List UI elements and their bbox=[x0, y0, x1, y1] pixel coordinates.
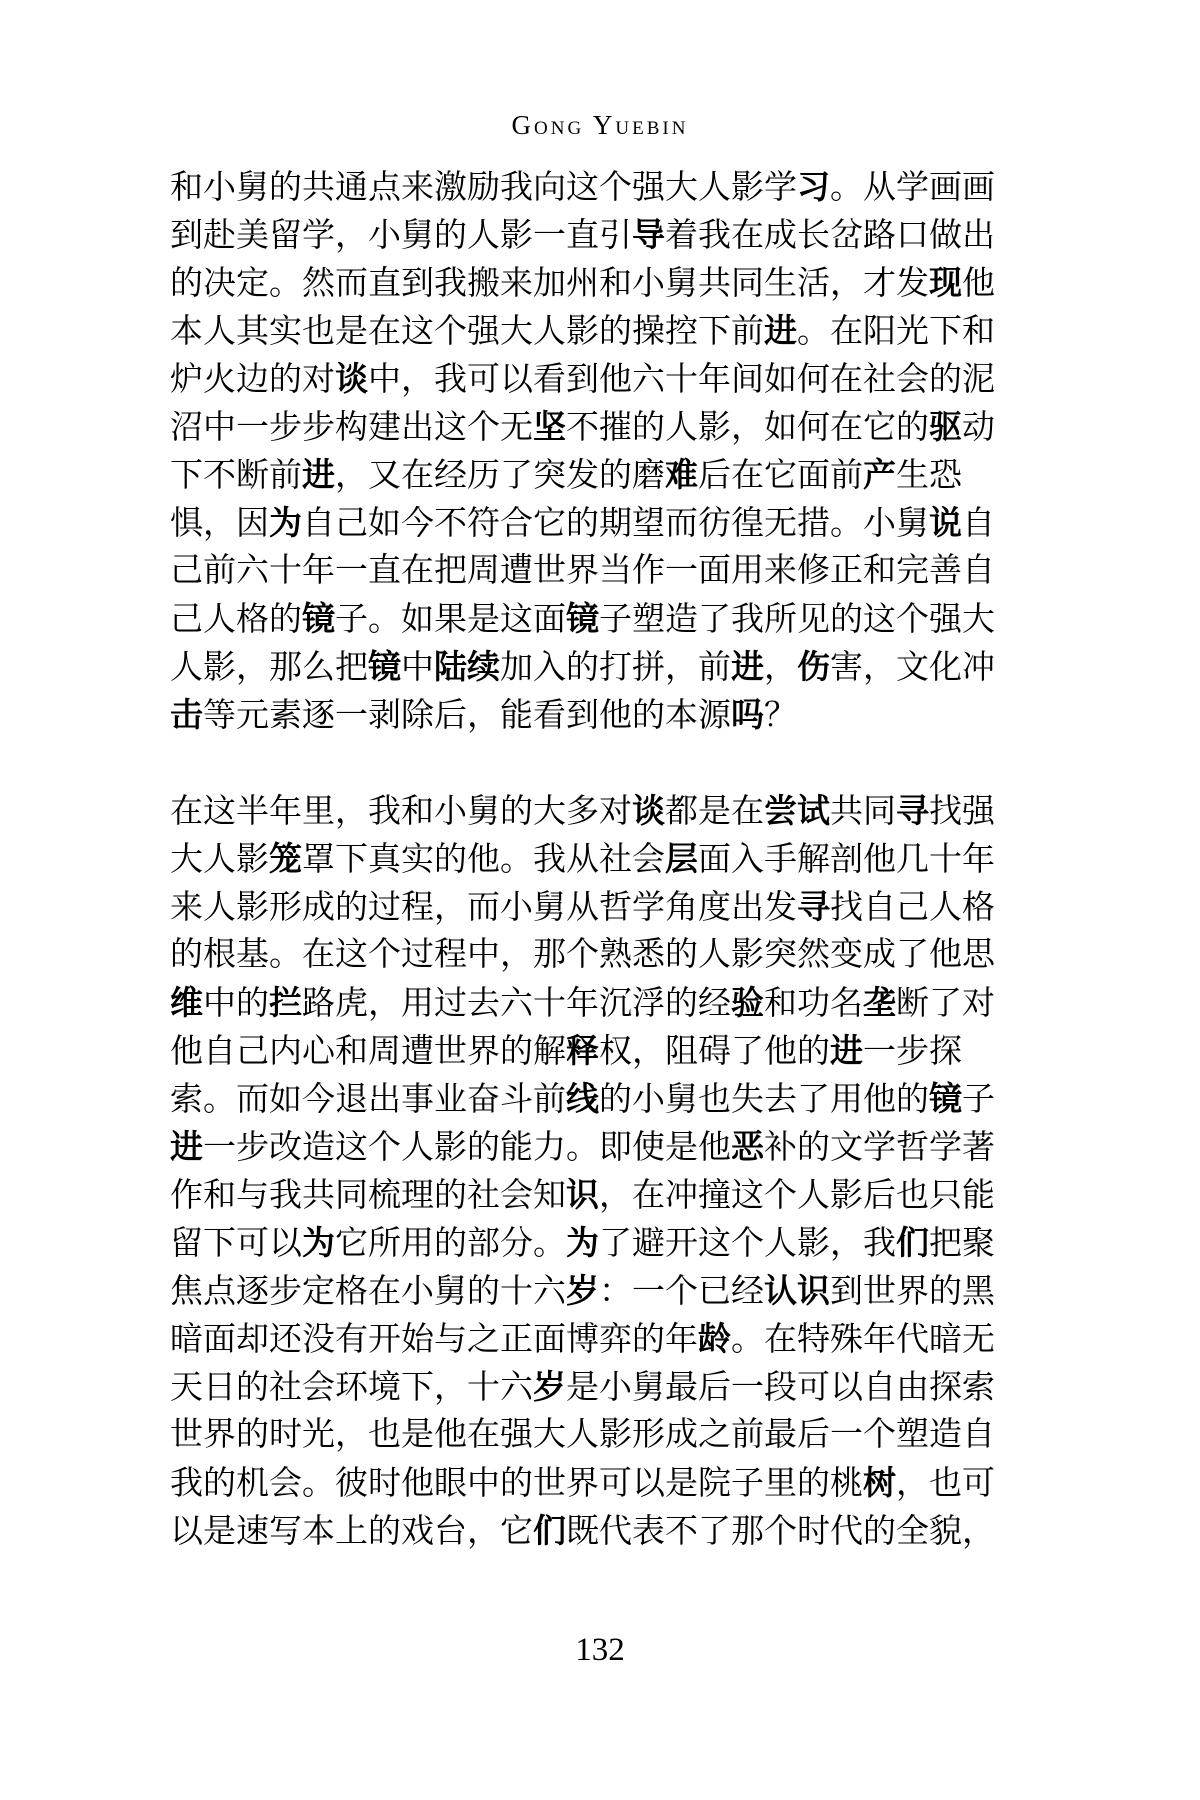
text-line: 暗面却还没有开始与之正面博弈的年龄。在特殊年代暗无 bbox=[170, 1315, 1015, 1363]
text-line: 世界的时光，也是他在强大人影形成之前最后一个塑造自 bbox=[170, 1411, 1015, 1459]
text-line: 我的机会。彼时他眼中的世界可以是院子里的桃树，也可 bbox=[170, 1459, 1015, 1507]
text-line: 留下可以为它所用的部分。为了避开这个人影，我们把聚 bbox=[170, 1219, 1015, 1267]
text-line: 来人影形成的过程，而小舅从哲学角度出发寻找自己人格 bbox=[170, 883, 1015, 931]
text-line: 维中的拦路虎，用过去六十年沉浮的经验和功名垄断了对 bbox=[170, 979, 1015, 1027]
text-line: 天日的社会环境下，十六岁是小舅最后一段可以自由探索 bbox=[170, 1363, 1015, 1411]
page-number: 132 bbox=[0, 1632, 1200, 1669]
text-line: 惧，因为自己如今不符合它的期望而彷徨无措。小舅说自 bbox=[170, 499, 1015, 547]
text-line: 炉火边的对谈中，我可以看到他六十年间如何在社会的泥 bbox=[170, 355, 1015, 403]
text-line: 在这半年里，我和小舅的大多对谈都是在尝试共同寻找强 bbox=[170, 787, 1015, 835]
text-line: 己人格的镜子。如果是这面镜子塑造了我所见的这个强大 bbox=[170, 595, 1015, 643]
text-line: 己前六十年一直在把周遭世界当作一面用来修正和完善自 bbox=[170, 547, 1015, 595]
text-line: 大人影笼罩下真实的他。我从社会层面入手解剖他几十年 bbox=[170, 835, 1015, 883]
text-line: 他自己内心和周遭世界的解释权，阻碍了他的进一步探 bbox=[170, 1027, 1015, 1075]
text-line: 和小舅的共通点来激励我向这个强大人影学习。从学画画 bbox=[170, 163, 1015, 211]
text-line: 作和与我共同梳理的社会知识，在冲撞这个人影后也只能 bbox=[170, 1171, 1015, 1219]
paragraph-2: 在这半年里，我和小舅的大多对谈都是在尝试共同寻找强大人影笼罩下真实的他。我从社会… bbox=[170, 787, 1015, 1555]
text-line: 人影，那么把镜中陆续加入的打拼，前进，伤害，文化冲 bbox=[170, 643, 1015, 691]
text-line: 到赴美留学，小舅的人影一直引导着我在成长岔路口做出 bbox=[170, 211, 1015, 259]
paragraph-1: 和小舅的共通点来激励我向这个强大人影学习。从学画画到赴美留学，小舅的人影一直引导… bbox=[170, 163, 1015, 739]
text-line: 进一步改造这个人影的能力。即使是他恶补的文学哲学著 bbox=[170, 1123, 1015, 1171]
author-header: Gong Yuebin bbox=[0, 110, 1200, 141]
text-line: 本人其实也是在这个强大人影的操控下前进。在阳光下和 bbox=[170, 307, 1015, 355]
text-line: 索。而如今退出事业奋斗前线的小舅也失去了用他的镜子 bbox=[170, 1075, 1015, 1123]
text-line: 沼中一步步构建出这个无坚不摧的人影，如何在它的驱动 bbox=[170, 403, 1015, 451]
text-line: 以是速写本上的戏台，它们既代表不了那个时代的全貌， bbox=[170, 1507, 1015, 1555]
body-text: 和小舅的共通点来激励我向这个强大人影学习。从学画画到赴美留学，小舅的人影一直引导… bbox=[170, 163, 1015, 1603]
text-line: 下不断前进，又在经历了突发的磨难后在它面前产生恐 bbox=[170, 451, 1015, 499]
text-line: 击等元素逐一剥除后，能看到他的本源吗？ bbox=[170, 691, 1015, 739]
text-line: 焦点逐步定格在小舅的十六岁：一个已经认识到世界的黑 bbox=[170, 1267, 1015, 1315]
book-page: Gong Yuebin 和小舅的共通点来激励我向这个强大人影学习。从学画画到赴美… bbox=[0, 0, 1200, 1800]
text-line: 的决定。然而直到我搬来加州和小舅共同生活，才发现他 bbox=[170, 259, 1015, 307]
text-line: 的根基。在这个过程中，那个熟悉的人影突然变成了他思 bbox=[170, 931, 1015, 979]
